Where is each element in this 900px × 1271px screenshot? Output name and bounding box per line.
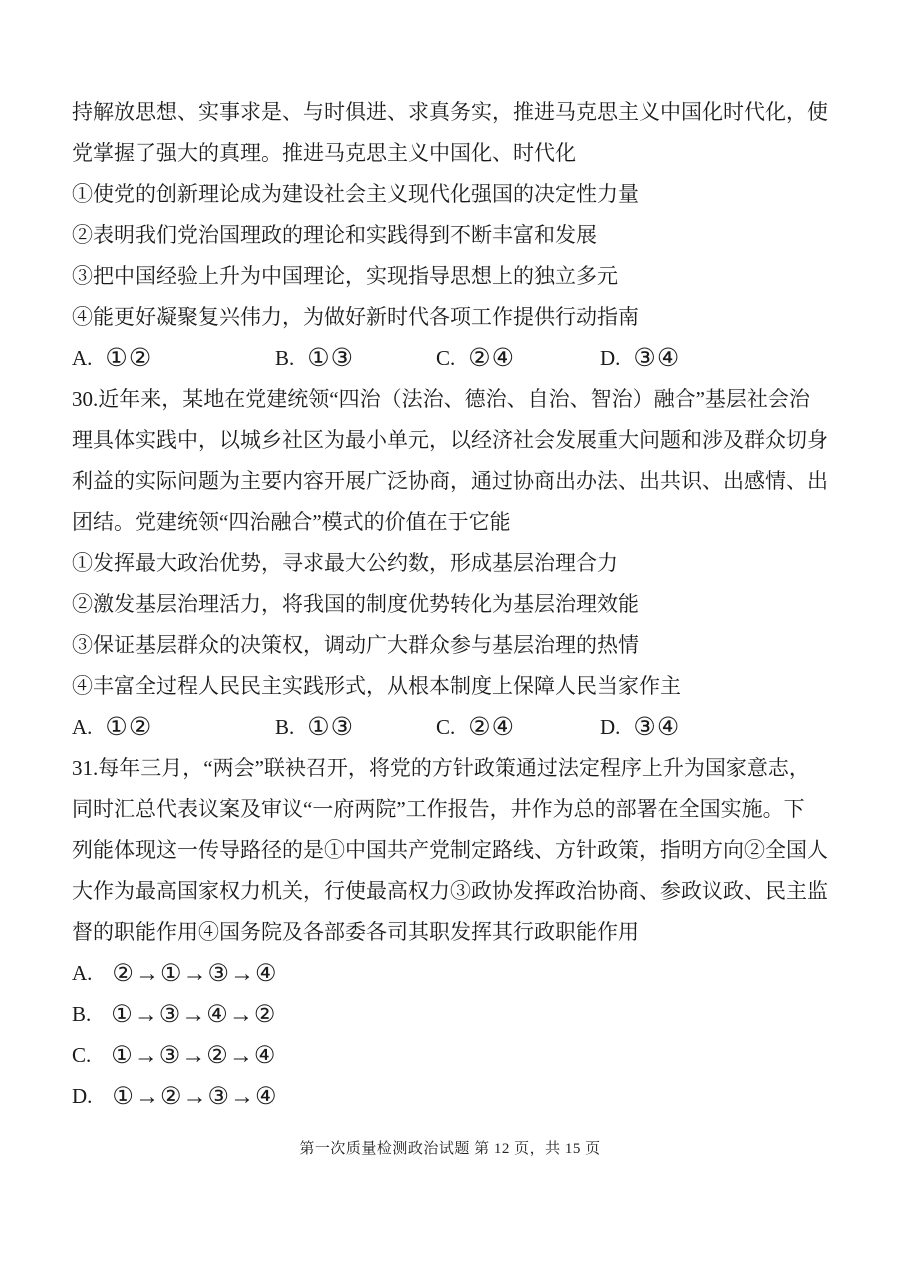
option-label: D.: [600, 707, 620, 748]
q30-statement-3: ③保证基层群众的决策权，调动广大群众参与基层治理的热情: [72, 625, 832, 666]
option-value: ①③: [307, 707, 354, 748]
q31-stem-line: 同时汇总代表议案及审议“一府两院”工作报告，井作为总的部署在全国实施。下: [72, 789, 832, 830]
q30-stem-line: 利益的实际问题为主要内容开展广泛协商，通过协商出办法、出共识、出感情、出: [72, 461, 832, 502]
option-label: C.: [436, 707, 455, 748]
option-sequence: ①→③→④→②: [111, 995, 276, 1036]
page-footer-text: 第一次质量检测政治试题 第 12 页，共 15 页: [299, 1141, 600, 1157]
q29-stem-line: 党掌握了强大的真理。推进马克思主义中国化、时代化: [72, 133, 832, 174]
q31-option-a: A.②→①→③→④: [72, 953, 832, 994]
option-value: ③④: [633, 338, 680, 379]
q30-statement-2: ②激发基层治理活力，将我国的制度优势转化为基层治理效能: [72, 584, 832, 625]
option-label: B.: [275, 338, 294, 379]
q29-statement-3: ③把中国经验上升为中国理论，实现指导思想上的独立多元: [72, 256, 832, 297]
option-label: C.: [436, 338, 455, 379]
q29-options-row: A.①② B.①③ C.②④ D.③④: [72, 338, 832, 379]
q30-option-b: B.①③: [275, 707, 436, 748]
option-sequence: ②→①→③→④: [112, 954, 277, 995]
option-label: D.: [600, 338, 620, 379]
option-value: ①②: [105, 707, 152, 748]
option-sequence: ①→③→②→④: [111, 1036, 276, 1077]
q30-statement-1: ①发挥最大政治优势，寻求最大公约数，形成基层治理合力: [72, 543, 832, 584]
exam-page: 持解放思想、实事求是、与时俱进、求真务实，推进马克思主义中国化时代化，使 党掌握…: [0, 0, 900, 1271]
exam-content: 持解放思想、实事求是、与时俱进、求真务实，推进马克思主义中国化时代化，使 党掌握…: [72, 92, 832, 1117]
q29-statement-4: ④能更好凝聚复兴伟力，为做好新时代各项工作提供行动指南: [72, 297, 832, 338]
option-value: ②④: [468, 338, 515, 379]
option-label: A.: [72, 338, 92, 379]
q31-option-b: B.①→③→④→②: [72, 994, 832, 1035]
q29-option-c: C.②④: [436, 338, 600, 379]
q30-statement-4: ④丰富全过程人民民主实践形式，从根本制度上保障人民当家作主: [72, 666, 832, 707]
q30-option-d: D.③④: [600, 707, 680, 748]
option-value: ③④: [633, 707, 680, 748]
q30-option-c: C.②④: [436, 707, 600, 748]
option-sequence: ①→②→③→④: [112, 1077, 277, 1118]
q31-stem-line: 督的职能作用④国务院及各部委各司其职发挥其行政职能作用: [72, 912, 832, 953]
option-label: C.: [72, 1035, 91, 1076]
option-value: ①②: [105, 338, 152, 379]
q31-stem-line: 列能体现这一传导路径的是①中国共产党制定路线、方针政策，指明方向②全国人: [72, 830, 832, 871]
q30-stem-line: 团结。党建统领“四治融合”模式的价值在于它能: [72, 502, 832, 543]
q29-stem-line: 持解放思想、实事求是、与时俱进、求真务实，推进马克思主义中国化时代化，使: [72, 92, 832, 133]
option-label: A.: [72, 707, 92, 748]
page-footer: 第一次质量检测政治试题 第 12 页，共 15 页: [0, 1138, 900, 1160]
q31-stem-line: 大作为最高国家权力机关，行使最高权力③政协发挥政治协商、参政议政、民主监: [72, 871, 832, 912]
q31-option-c: C.①→③→②→④: [72, 1035, 832, 1076]
option-value: ②④: [468, 707, 515, 748]
q29-statement-1: ①使党的创新理论成为建设社会主义现代化强国的决定性力量: [72, 174, 832, 215]
option-label: A.: [72, 953, 92, 994]
q30-stem-line: 理具体实践中，以城乡社区为最小单元，以经济社会发展重大问题和涉及群众切身: [72, 420, 832, 461]
q30-option-a: A.①②: [72, 707, 275, 748]
q30-options-row: A.①② B.①③ C.②④ D.③④: [72, 707, 832, 748]
option-value: ①③: [307, 338, 354, 379]
q29-option-d: D.③④: [600, 338, 680, 379]
q29-option-b: B.①③: [275, 338, 436, 379]
q31-stem-line: 31.每年三月，“两会”联袂召开，将党的方针政策通过法定程序上升为国家意志，: [72, 748, 832, 789]
q29-option-a: A.①②: [72, 338, 275, 379]
q31-option-d: D.①→②→③→④: [72, 1076, 832, 1117]
q30-stem-line: 30.近年来，某地在党建统领“四治（法治、德治、自治、智治）融合”基层社会治: [72, 379, 832, 420]
q29-statement-2: ②表明我们党治国理政的理论和实践得到不断丰富和发展: [72, 215, 832, 256]
option-label: B.: [72, 994, 91, 1035]
option-label: D.: [72, 1076, 92, 1117]
option-label: B.: [275, 707, 294, 748]
